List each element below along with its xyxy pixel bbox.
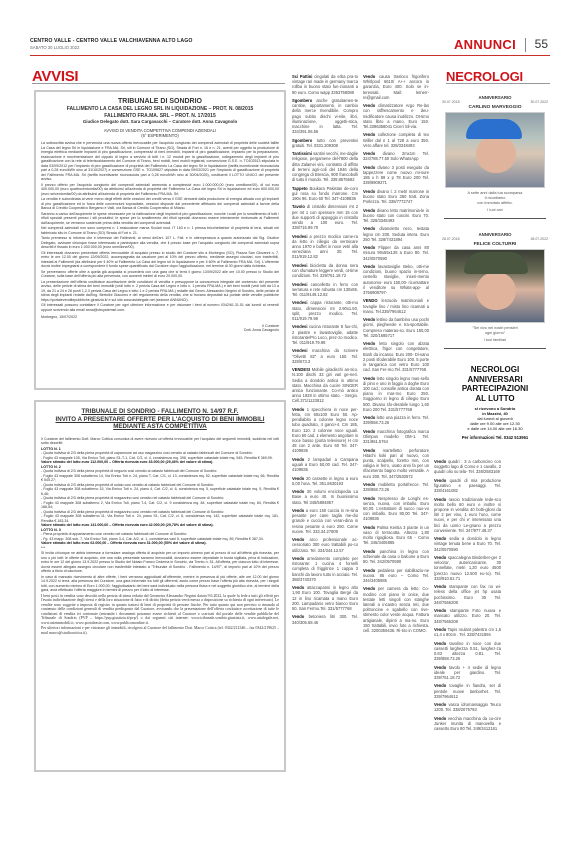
notice2-intro: Il Curatore del fallimento Dott. Marco C…: [41, 437, 279, 446]
obituary-dates: 30.07.2018 30.07.2022: [440, 100, 550, 104]
classified-ad: Vendo mobiletto portafrecce. Tel. 339/85…: [363, 482, 429, 492]
classified-ad: Vendo rasoio tradizionale tede-sco molto…: [434, 497, 501, 533]
lot-line: - Foglio 43 mappale 308 subalterno 2, Vi…: [41, 501, 279, 510]
notice2-title-3: MEDIANTE ASTA COMPETITIVA: [41, 423, 279, 431]
classified-ad: Vendo divanoletto nero, testata legno cm…: [363, 226, 429, 242]
classified-ad: Vendo macchina fotografica marca Olimpus…: [363, 429, 429, 445]
classified-ad-text: martelletto perforatore Hitachi koki par…: [363, 448, 429, 479]
info-title-3: PARTECIPAZIONI: [440, 384, 550, 394]
notice2-title-2: INVITO A PRESENTARE OFFERTE PER L'ACQUIS…: [41, 416, 279, 424]
notice2-paragraph: I beni posti in vendita sono descritti n…: [41, 594, 279, 626]
classified-ad: Vendesi a prezzo modico came-ra da letto…: [292, 234, 358, 260]
notice2-body: Il Curatore del fallimento Dott. Marco C…: [41, 437, 279, 636]
classified-ad: Tappeto Boukara Pakistan de-coro gul ros…: [292, 186, 358, 202]
classified-ad: Vendesi bicicletta da donna nera con sfu…: [292, 263, 358, 279]
classified-ad: Vendo a euro 150 cuccia in re-sina pesan…: [292, 508, 358, 534]
obituary-signature: I tuoi cari: [440, 208, 550, 213]
necrologi-heading-text: NECROLOGI: [446, 69, 523, 84]
notice-sign-name: Dott. Anna Cavagnolo: [41, 328, 279, 333]
classified-ad: Vendesi cancelletto in ferro con serratu…: [292, 282, 358, 298]
classified-ad: Vendo causa trasloco frigorifero Whirlpo…: [363, 74, 429, 100]
date-left: 30.07.2018: [442, 100, 460, 104]
obituary-dates: 28.07.2018 28.07.2022: [440, 237, 550, 241]
classified-ad: Vendesi cappa ristorante, otti-mo stato,…: [292, 300, 358, 321]
classified-ad: Vendo 20 cassette in legno a euro 5,00 l…: [292, 476, 358, 486]
notice-paragraph: Il prezzo offerto per l'acquisto congiun…: [41, 183, 279, 197]
classified-ad: Vendo tovaglie in fiandra, set di pentol…: [434, 683, 501, 699]
notice-experiment: (6° ESPERIMENTO): [41, 133, 279, 138]
classified-ad-text: per camera da letto: Co-modino con piano…: [363, 586, 429, 633]
face-shape: [476, 272, 516, 310]
classified-ad: VENDO lenzuola matrimoniali e tovaglie l…: [363, 298, 429, 314]
info-title-2: ANNIVERSARI: [440, 375, 550, 385]
classified-ad: Vendo quadri : 3 a carboncino con sogget…: [434, 459, 501, 475]
classified-ad: Vendo panchina in legno con schienale da…: [363, 549, 429, 565]
blue-cap-shape: [466, 119, 522, 139]
lot-line: - Foglio 43 mappale 308 subalterno 14, V…: [41, 474, 279, 483]
classified-ad: Sci Pattini cingolati da erba pra-to vin…: [292, 74, 358, 95]
obituary-text: A sette anni dalla tua scomparsa ti rico…: [440, 191, 550, 213]
info-phone: Per informazioni Tel. 0342 513961: [440, 435, 550, 440]
classified-ad: Vendo attaccapanni in legno alto 1,90 Eu…: [292, 585, 358, 611]
notice2-title-1: TRIBUNALE DI SONDRIO - FALLIMENTO N. 14/…: [41, 408, 279, 416]
classified-ad: Sgombero anche gratuitamen-te cantine, a…: [292, 98, 358, 134]
classified-ad-text: 1 specchiera in noce per-fetta, cm 60x10…: [292, 407, 358, 454]
classified-ad-text: rasoio tradizionale tede-sco molto bello…: [434, 497, 501, 533]
lot-line: - Foglio 43 mappale 308 subalterno 11, V…: [41, 514, 279, 523]
classified-ad: Vendo sedia a dondolo in legno vintage t…: [434, 536, 501, 552]
notice-paragraph: La presentazione dell'offerta costituisc…: [41, 280, 279, 303]
classified-ad: Vendo quadri di mia produzione figurativ…: [434, 478, 501, 494]
classified-ad-text: Mobile giradischi an-tico. N.100 dischi …: [292, 367, 358, 403]
obituary-signature: I tuoi familiari: [440, 338, 550, 343]
notice-line-1: FALLIMENTO LA CASA DEL LEGNO SRL IN LIQU…: [41, 106, 279, 113]
notice-paragraph: Saranno a carico dell'acquirente le spes…: [41, 212, 279, 226]
masthead: CENTRO VALLE - CENTRO VALLE VALCHIAVENNA…: [30, 36, 550, 56]
info-hours: e dalle ore 14.00 alle ore 16.30: [440, 426, 550, 431]
notice-judges: Giudice Delegato dott. Sara Cargasacchi …: [41, 119, 279, 125]
classified-ad: Vendo lettino da bambino usa pochi giorn…: [363, 317, 429, 338]
separator: ***: [41, 546, 279, 551]
portrait-photo: [445, 249, 545, 323]
classified-ad-text: lavastoviglie Beko, otti-me condizioni, …: [363, 264, 429, 295]
classified-ad-text: letto singolo con alzata elettrica, frig…: [363, 341, 429, 372]
obituary-anniversary-1: ANNIVERSARIO 30.07.2018 30.07.2022 CARLI…: [440, 95, 550, 219]
avvisi-heading-text: AVVISI: [32, 68, 78, 85]
section-title: ANNUNCI: [454, 37, 516, 52]
notice-paragraph: Gli interessati possono contattare il Cu…: [41, 303, 279, 312]
lot-1: LOTTO N. 1 - Quota indivisa di 2/3 della…: [41, 447, 279, 465]
info-title-1: NECROLOGI: [440, 365, 550, 375]
masthead-divider: [525, 38, 526, 52]
classified-ad: Vendo letto una piazza in ferro. Tel. 33…: [363, 415, 429, 425]
classified-ad: Vendo tavolino in noce con due cassetti …: [434, 641, 501, 662]
classified-ad: VENDESI Mobile giradischi an-tico. N.100…: [292, 367, 358, 403]
necrologi-heading: NECROLOGI: [446, 68, 550, 84]
notice-paragraph: Nei compendi aziendali non sono compresi…: [41, 226, 279, 235]
classified-ad: Vendo Palma Kentia 3 piante in un vaso d…: [363, 525, 429, 546]
classified-ad: Vendo letto singolo legno mas-sello di p…: [363, 376, 429, 412]
obituary-line: con immutato affetto.: [440, 201, 550, 206]
classified-ad: Vendo Tapis roulant palestra cm 1,6 x1,4…: [434, 627, 501, 637]
classified-ad: Vendo letto singolo con alzata elettrica…: [363, 341, 429, 372]
publication-title: CENTRO VALLE - CENTRO VALLE VALCHIAVENNA…: [30, 38, 193, 44]
lot-3: LOTTO N. 3 - Piena proprietà di appartam…: [41, 528, 279, 546]
divider: [444, 218, 546, 219]
classifieds-column-2: Vendo causa trasloco frigorifero Whirlpo…: [363, 74, 429, 636]
obituary-anniversary-2: ANNIVERSARIO 28.07.2018 28.07.2022 FELIC…: [440, 232, 550, 349]
classified-ad: Vendo 2 lampadari a Campana uguali a Eur…: [292, 457, 358, 473]
lot-2: LOTTO N. 2 - Quota indivisa di 2/3 della…: [41, 465, 279, 528]
notice-court: TRIBUNALE DI SONDRIO: [41, 97, 279, 106]
notice-paragraph: Tanto premesso si informa che è interess…: [41, 236, 279, 250]
info-details: si ricevono a Sondrio in Mazzini, 40 dal…: [440, 406, 550, 431]
classified-ad: Vendo lavastoviglie Beko, otti-me condiz…: [363, 264, 429, 295]
notice-paragraph: La sottoscritta avvisa che è pervenuta u…: [41, 141, 279, 182]
classified-ad-text: letto singolo legno mas-sello di pino e …: [363, 376, 429, 412]
classified-ad: Vendo per camera da letto: Co-modino con…: [363, 586, 429, 633]
classified-ad: Vendo divano 2mx1m Tel. 324/788.77.50 So…: [363, 151, 429, 161]
legal-notice-sale-compendi: TRIBUNALE DI SONDRIO FALLIMENTO LA CASA …: [34, 90, 286, 390]
classified-ad: Vendo 30 volumi enciclopedia La Base a e…: [292, 489, 358, 505]
classified-ad: Vendo divano letto matrimonia-le in buon…: [363, 208, 429, 224]
notice2-paragraph: Per ulteriori informazioni e per visiona…: [41, 626, 279, 635]
notice-body: La sottoscritta avvisa che è pervenuta u…: [41, 141, 279, 333]
notice2-paragraph: Si invita chiunque ne abbia interesse a …: [41, 551, 279, 574]
divider: [444, 348, 546, 349]
classifieds-column-1: Sci Pattini cingolati da erba pra-to vin…: [292, 74, 358, 628]
classified-ad: Vendo vasca idromassaggio Teuco 1200. Te…: [434, 702, 501, 712]
classified-ad: Vendo vecchia macchina da cu-cire Junker…: [434, 716, 501, 732]
notice2-paragraph: In caso di mancato ricevimento di altre …: [41, 575, 279, 593]
classified-ad: Vendo 1 specchiera in noce per-fetta, cm…: [292, 407, 358, 454]
classified-ad: Tavolo di cristallo dimensioni mt 2 per …: [292, 204, 358, 230]
date-right: 30.07.2022: [530, 100, 548, 104]
legal-notice-real-estate-auction: TRIBUNALE DI SONDRIO - FALLIMENTO N. 14/…: [34, 400, 286, 772]
notice-place-date: Morbegno, 15/07/2022: [41, 315, 279, 320]
classified-ad: Vendo climatizzatore Argo Re-las con raf…: [363, 103, 429, 129]
obituary-name: CARLINO MARVEGGIO: [440, 105, 550, 110]
classified-ad: Vendo divano 3 posti eseguito da tappezz…: [363, 165, 429, 186]
obituary-line: ogni giorno": [440, 331, 550, 336]
classified-ad: Vendo divano l. 2 metri marrone in buono…: [363, 189, 429, 205]
classified-ad: Vendo tavolo + 4 sedie di legno ideale p…: [434, 665, 501, 681]
classified-ad: Sgombero tutto con preventivi gratuiti. …: [292, 138, 358, 148]
classified-ad: Vendo spaccalegna Binderber-ger 2 veloci…: [434, 555, 501, 581]
publication-date: SABATO 30 LUGLIO 2022: [30, 45, 79, 50]
classified-ad: Vendo pedaliera per riabilitazio-ne nuov…: [363, 568, 429, 584]
classified-ad: Vendesi cucina ristorante 8 fuo-chi, 2 p…: [292, 324, 358, 345]
notice-paragraph: Se perverranno offerte oltre a quella gi…: [41, 270, 279, 279]
alpine-hat-shape: [464, 252, 528, 274]
classified-ad: Vendo betoniera litri 300. Tel. 340/305.…: [292, 614, 358, 624]
lot-line: - Foglio 43 mappale 308 subalterno 15, V…: [41, 487, 279, 496]
classified-ad: Vendo collezione completa di tex Willer …: [363, 132, 429, 148]
classifieds-column-3: Vendo quadri : 3 a carboncino con sogget…: [434, 459, 501, 735]
classified-ad: Vendo Flipper da casa anni 80 misura 90x…: [363, 245, 429, 261]
classified-ad: Vendo Nespresso de Longhi es-senza, nuov…: [363, 496, 429, 522]
notice-paragraph: La vendita è subordinata al venir meno d…: [41, 197, 279, 211]
necrologi-info-box: NECROLOGI ANNIVERSARI PARTECIPAZIONI AL …: [440, 365, 550, 440]
lot-value: Valore stimato del lotto euro 141.000,00…: [41, 523, 214, 527]
notice-paragraph: Gli interessati dovranno presentare offe…: [41, 251, 279, 269]
lot-label: LOTTO N. 1: [41, 447, 61, 451]
classified-ad: Vendesi macchina da scrivere "Olivetti 8…: [292, 348, 358, 364]
face-shape: [476, 135, 516, 173]
info-title-4: AL LUTTO: [440, 394, 550, 404]
date-left: 28.07.2018: [442, 237, 460, 241]
obituary-text: "Sei vivo nei nostri pensieri ogni giorn…: [440, 326, 550, 343]
date-right: 28.07.2022: [530, 237, 548, 241]
classified-ad: Vendo stampante Foto nuova e mancato uti…: [434, 608, 501, 624]
classified-ad-text: santini vecchi, me-daglie religiose, per…: [292, 151, 358, 182]
lot-value: Valore stimato del lotto euro 112.000,00…: [41, 460, 213, 464]
classified-ad: Vendo arco professionale ac-cessoriato 3…: [292, 537, 358, 553]
portrait-photo: [445, 112, 545, 188]
lot-value: Valore stimato del lotto euro 62.000,00 …: [41, 541, 207, 545]
classified-ad: Vendo martelletto perforatore Hitachi ko…: [363, 448, 429, 479]
page-number: 55: [535, 37, 548, 51]
obituary-name: FELICE COLTURRI: [440, 242, 550, 247]
classified-ad-text: anche gratuitamen-te cantine, appartamen…: [292, 98, 358, 134]
avvisi-heading: AVVISI: [32, 68, 285, 84]
classified-ad: Vendo stampante con fax no wi-reless del…: [434, 584, 501, 605]
classified-ad: Vendo arredamento completo per ristorant…: [292, 556, 358, 582]
classified-ad: Tantissimi santini vecchi, me-daglie rel…: [292, 151, 358, 182]
